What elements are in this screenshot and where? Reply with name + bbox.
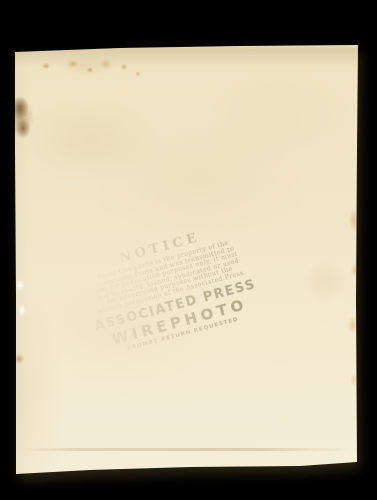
paper-chip-left-upper	[12, 276, 28, 294]
stain-faint-circle-right	[303, 260, 347, 304]
ap-wirephoto-stamp: NOTICE Since this photo is the property …	[59, 215, 284, 364]
photo-back-paper: NOTICE Since this photo is the property …	[0, 0, 377, 500]
paper-chip-left-lower	[14, 299, 30, 321]
stain-dot-lower-left	[10, 349, 30, 369]
photo-scene: NOTICE Since this photo is the property …	[0, 0, 377, 500]
stain-speckles-top-left	[28, 52, 153, 84]
paper-shadow-wrap: NOTICE Since this photo is the property …	[0, 0, 377, 500]
crease-line-bottom	[20, 448, 352, 451]
stain-right-edge	[338, 195, 360, 395]
stain-blob-left-edge	[6, 90, 42, 146]
